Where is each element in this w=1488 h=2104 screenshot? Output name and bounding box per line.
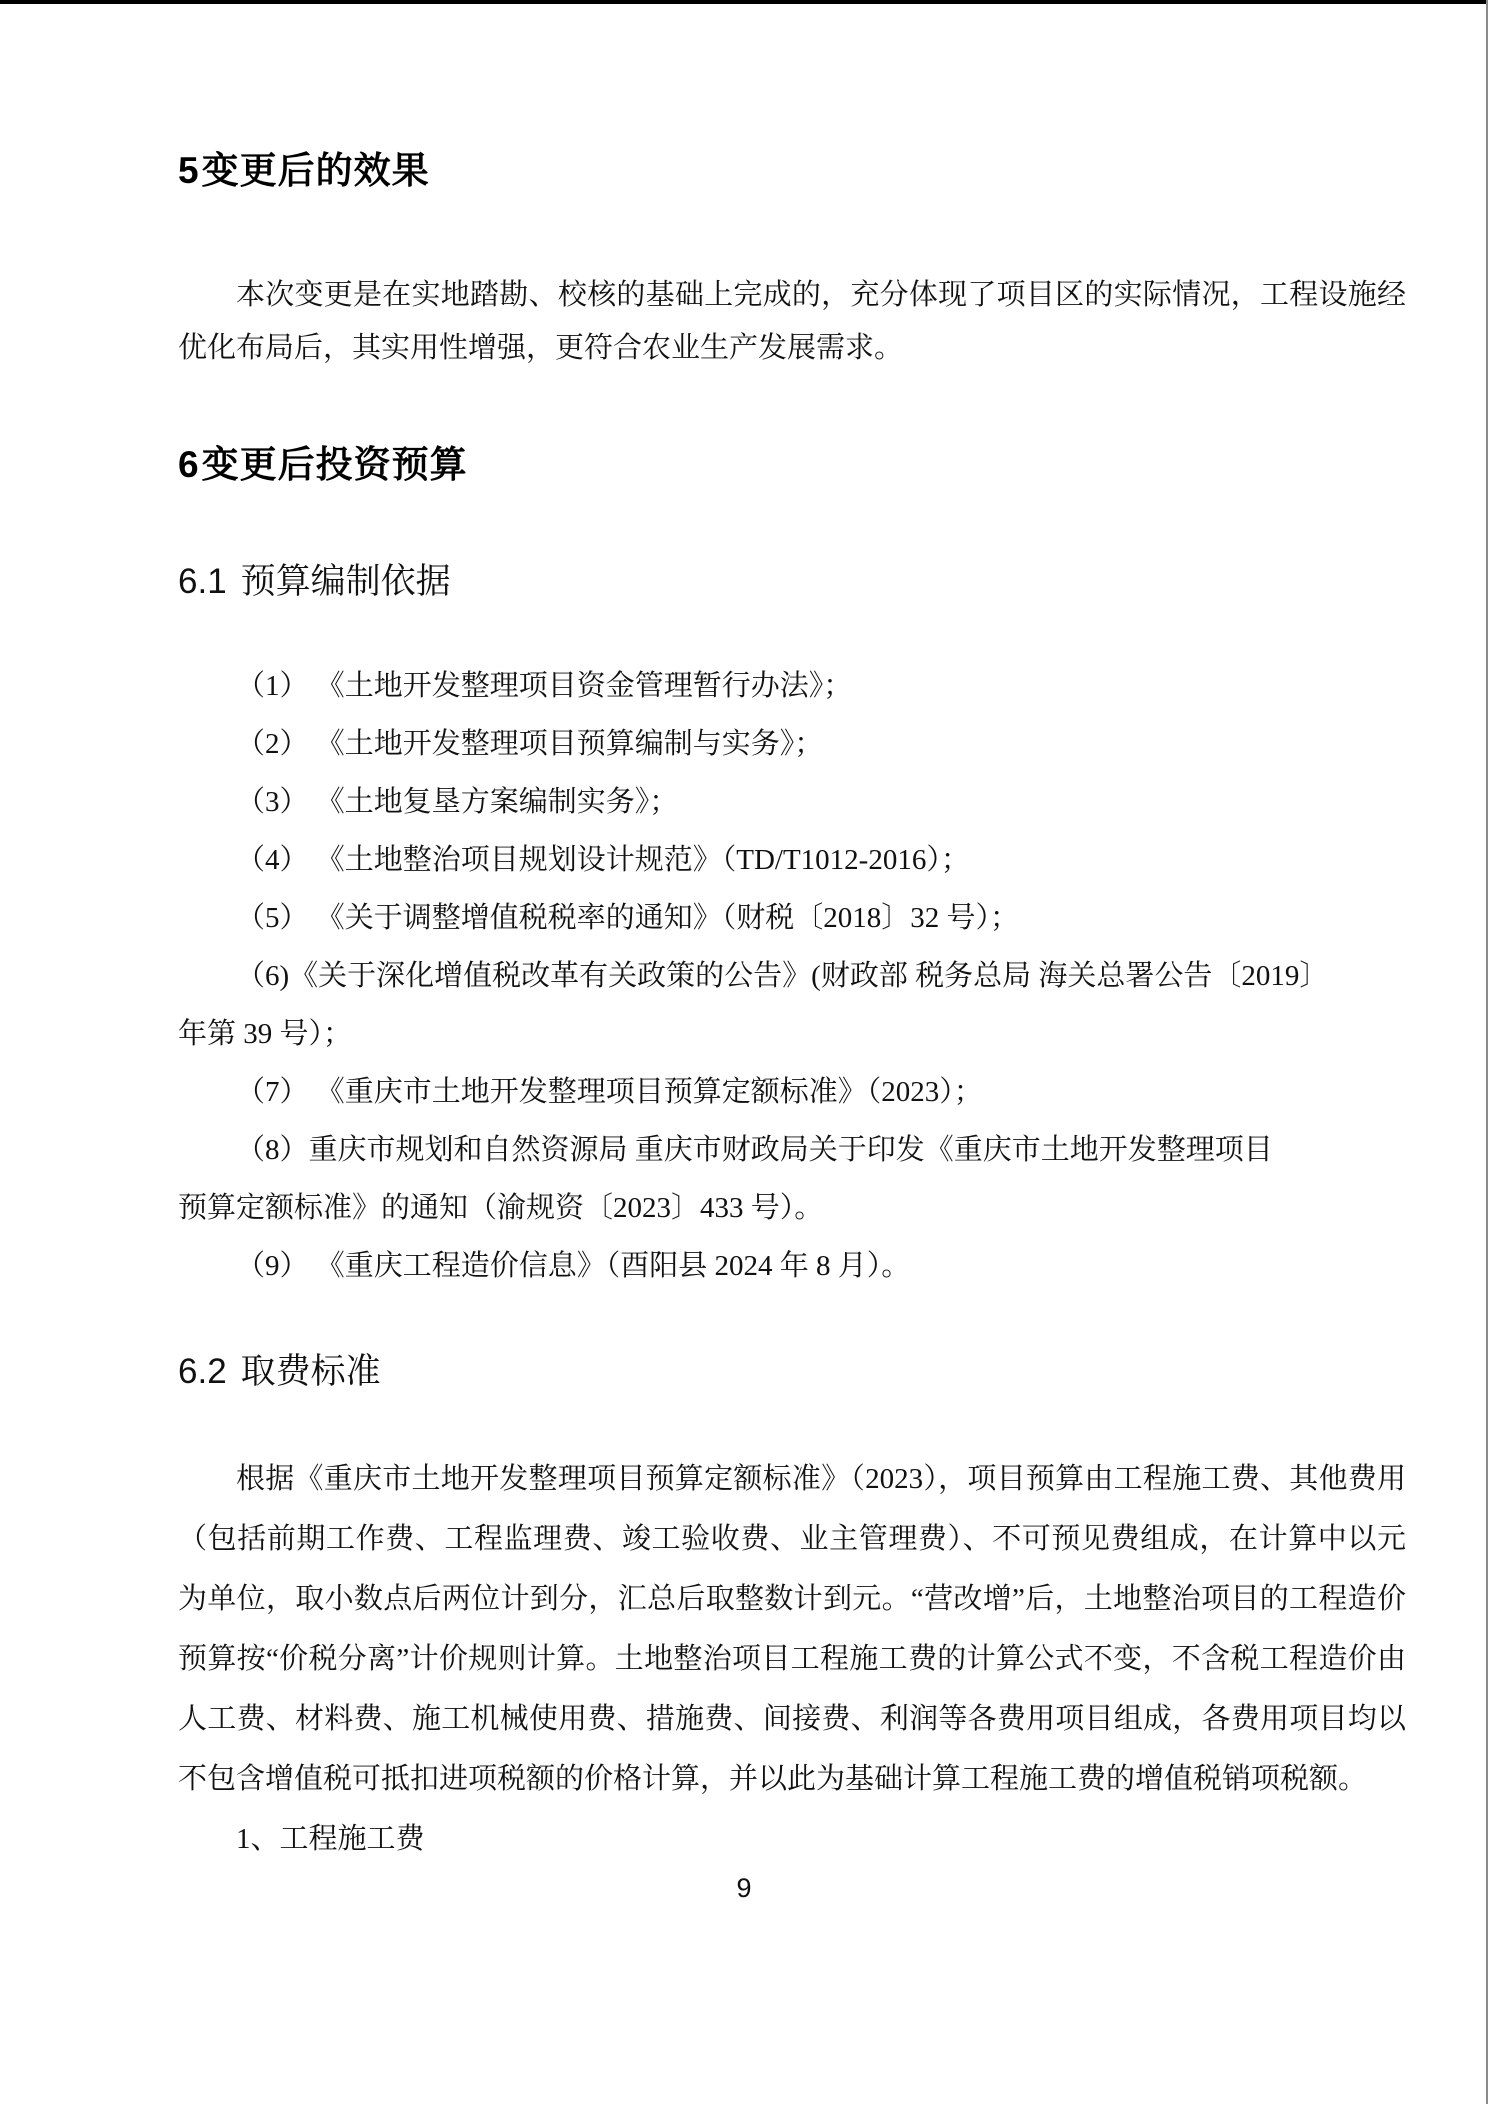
section61-heading: 6.1预算编制依据 [178, 560, 1406, 604]
list-item: （2） 《土地开发整理项目预算编制与实务》； [178, 715, 1406, 773]
list-item: （8）重庆市规划和自然资源局 重庆市财政局关于印发《重庆市土地开发整理项目 [178, 1121, 1406, 1179]
list-item: （9） 《重庆工程造价信息》（酉阳县 2024 年 8 月）。 [178, 1237, 1406, 1295]
section62-paragraph: 根据《重庆市土地开发整理项目预算定额标准》（2023），项目预算由工程施工费、其… [178, 1449, 1406, 1809]
list-item-continuation: 预算定额标准》的通知（渝规资〔2023〕433 号）。 [178, 1179, 1406, 1237]
screen-top-edge-bar [0, 0, 1488, 4]
section62-heading-text: 取费标准 [241, 1352, 381, 1391]
list-item: （5） 《关于调整增值税税率的通知》（财税〔2018〕32 号）； [178, 889, 1406, 947]
section6-heading: 6变更后投资预算 [178, 442, 1406, 489]
list-item: （4） 《土地整治项目规划设计规范》（TD/T1012-2016）； [178, 831, 1406, 889]
list-item: （3） 《土地复垦方案编制实务》； [178, 773, 1406, 831]
section5-heading: 5变更后的效果 [178, 148, 1406, 195]
list-item: （7） 《重庆市土地开发整理项目预算定额标准》（2023）； [178, 1063, 1406, 1121]
section62-subitem: 1、工程施工费 [178, 1810, 1406, 1868]
page-content: 5变更后的效果 本次变更是在实地踏勘、校核的基础上完成的，充分体现了项目区的实际… [0, 148, 1488, 1868]
section62-number: 6.2 [178, 1352, 241, 1391]
budget-basis-list: （1） 《土地开发整理项目资金管理暂行办法》； （2） 《土地开发整理项目预算编… [178, 657, 1406, 1295]
section6-number: 6 [178, 444, 202, 485]
list-item-continuation: 年第 39 号）； [178, 1005, 1406, 1063]
page-number: 9 [0, 1870, 1488, 1906]
list-item: （1） 《土地开发整理项目资金管理暂行办法》； [178, 657, 1406, 715]
document-page: 5变更后的效果 本次变更是在实地踏勘、校核的基础上完成的，充分体现了项目区的实际… [0, 0, 1488, 2104]
section61-number: 6.1 [178, 562, 241, 601]
section5-heading-text: 变更后的效果 [202, 151, 430, 192]
section62-heading: 6.2取费标准 [178, 1350, 1406, 1394]
section6-heading-text: 变更后投资预算 [202, 445, 468, 486]
section61-heading-text: 预算编制依据 [241, 562, 451, 601]
section5-paragraph: 本次变更是在实地踏勘、校核的基础上完成的，充分体现了项目区的实际情况，工程设施经… [178, 269, 1406, 375]
section5-number: 5 [178, 150, 202, 191]
list-item: （6)《关于深化增值税改革有关政策的公告》(财政部 税务总局 海关总署公告〔20… [178, 947, 1406, 1005]
